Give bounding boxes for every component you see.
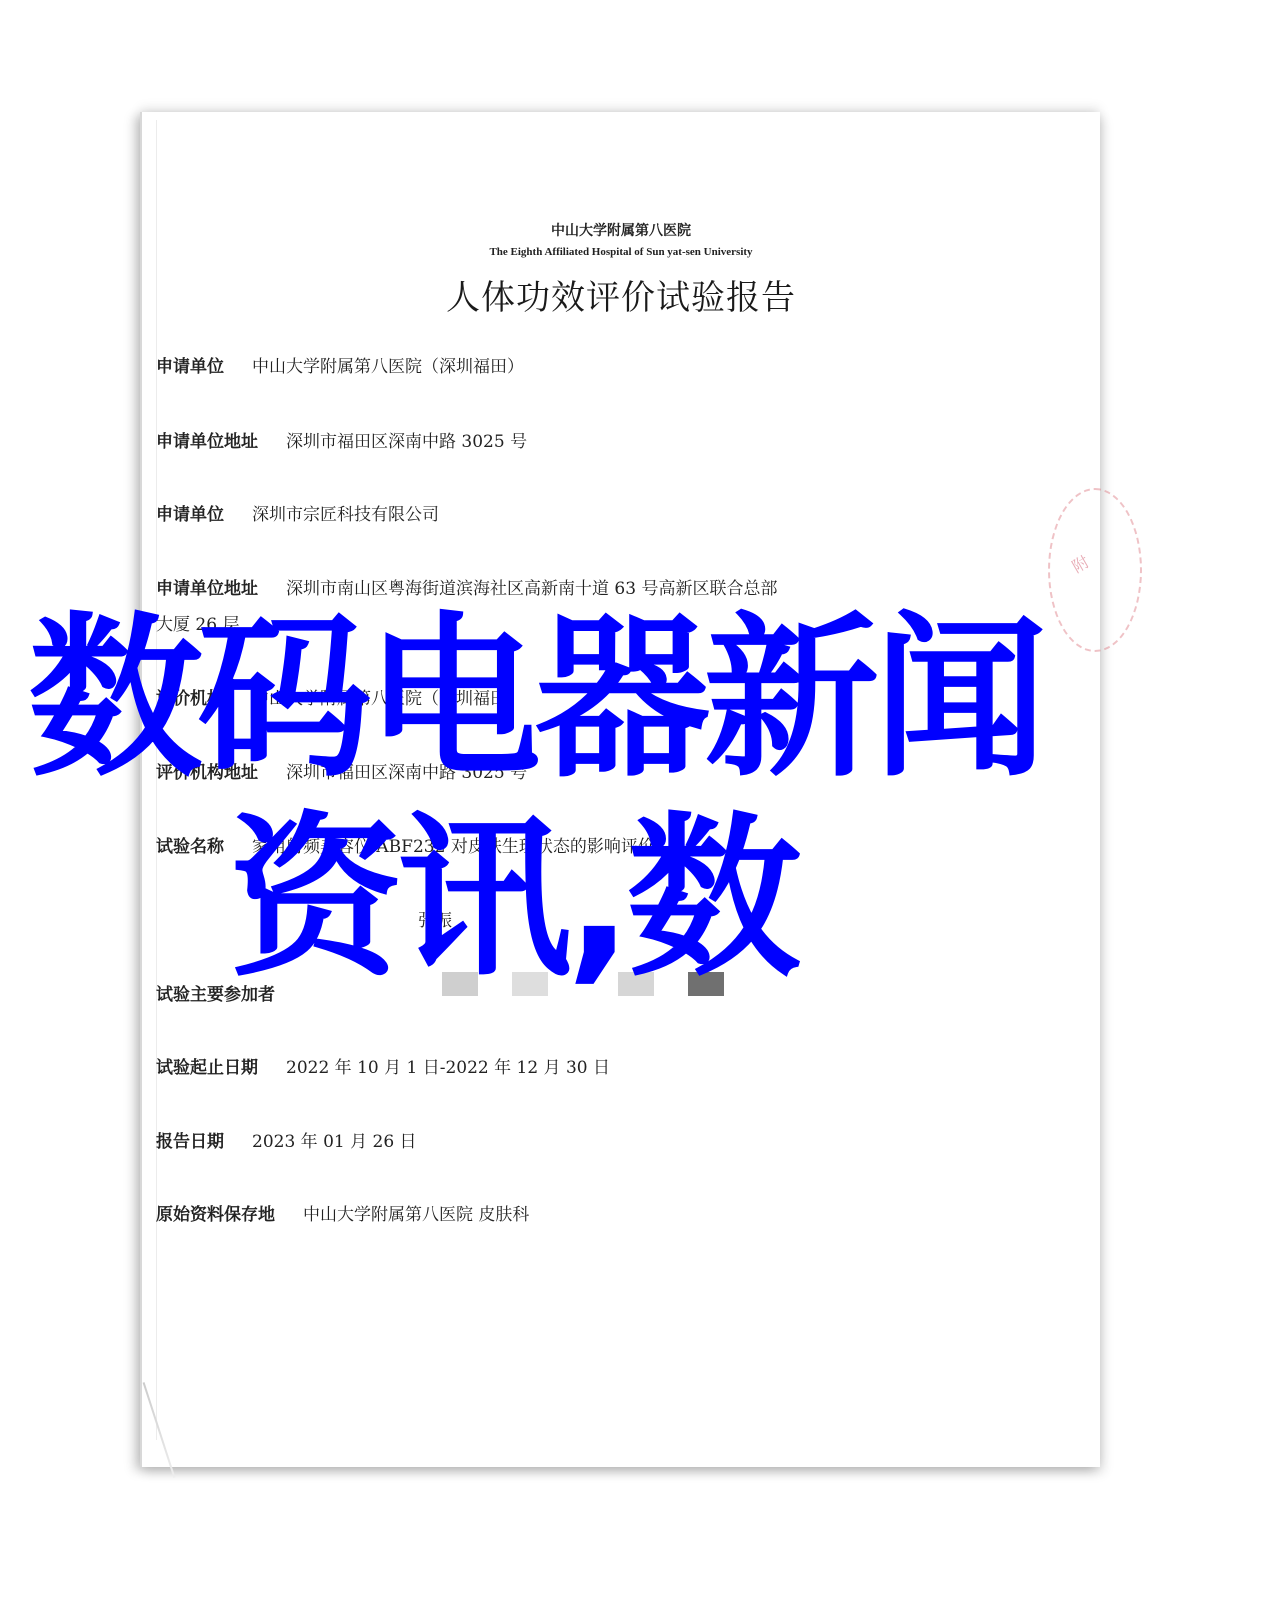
overlay-headline-line1: 数码电器新闻 [28, 612, 1042, 787]
field-label: 原始资料保存地 [156, 1200, 275, 1225]
field-label: 报告日期 [156, 1127, 224, 1152]
field-value: 深圳市南山区粤海街道滨海社区高新南十道 63 号高新区联合总部 [286, 574, 777, 599]
field-label: 试验起止日期 [156, 1053, 258, 1078]
field-trial-dates: 试验起止日期2022 年 10 月 1 日-2022 年 12 月 30 日 [156, 1053, 610, 1078]
field-report-date: 报告日期2023 年 01 月 26 日 [156, 1127, 417, 1152]
document-title: 人体功效评价试验报告 [142, 270, 1100, 319]
field-value: 2023 年 01 月 26 日 [252, 1127, 417, 1152]
field-applicant-address: 申请单位地址深圳市福田区深南中路 3025 号 [156, 427, 527, 452]
hospital-name-en: The Eighth Affiliated Hospital of Sun ya… [142, 246, 1100, 258]
field-label: 申请单位地址 [156, 427, 258, 452]
field-applicant-address-2: 申请单位地址深圳市南山区粤海街道滨海社区高新南十道 63 号高新区联合总部 [156, 574, 777, 599]
overlay-headline-line2: 资讯,数 [228, 812, 795, 987]
field-value: 2022 年 10 月 1 日-2022 年 12 月 30 日 [286, 1053, 610, 1078]
field-applicant-2: 申请单位深圳市宗匠科技有限公司 [156, 500, 439, 525]
official-stamp [1048, 488, 1142, 652]
field-value: 中山大学附属第八医院（深圳福田） [252, 352, 524, 377]
field-applicant: 申请单位中山大学附属第八医院（深圳福田） [156, 352, 524, 377]
field-value: 中山大学附属第八医院 皮肤科 [303, 1200, 529, 1225]
field-label: 申请单位 [156, 352, 224, 377]
field-value: 深圳市福田区深南中路 3025 号 [286, 427, 527, 452]
field-label: 申请单位 [156, 500, 224, 525]
field-records-location: 原始资料保存地中山大学附属第八医院 皮肤科 [156, 1200, 529, 1225]
hospital-name-cn: 中山大学附属第八医院 [142, 220, 1100, 240]
field-label: 试验名称 [156, 832, 224, 857]
field-label: 申请单位地址 [156, 574, 258, 599]
field-value: 深圳市宗匠科技有限公司 [252, 500, 439, 525]
